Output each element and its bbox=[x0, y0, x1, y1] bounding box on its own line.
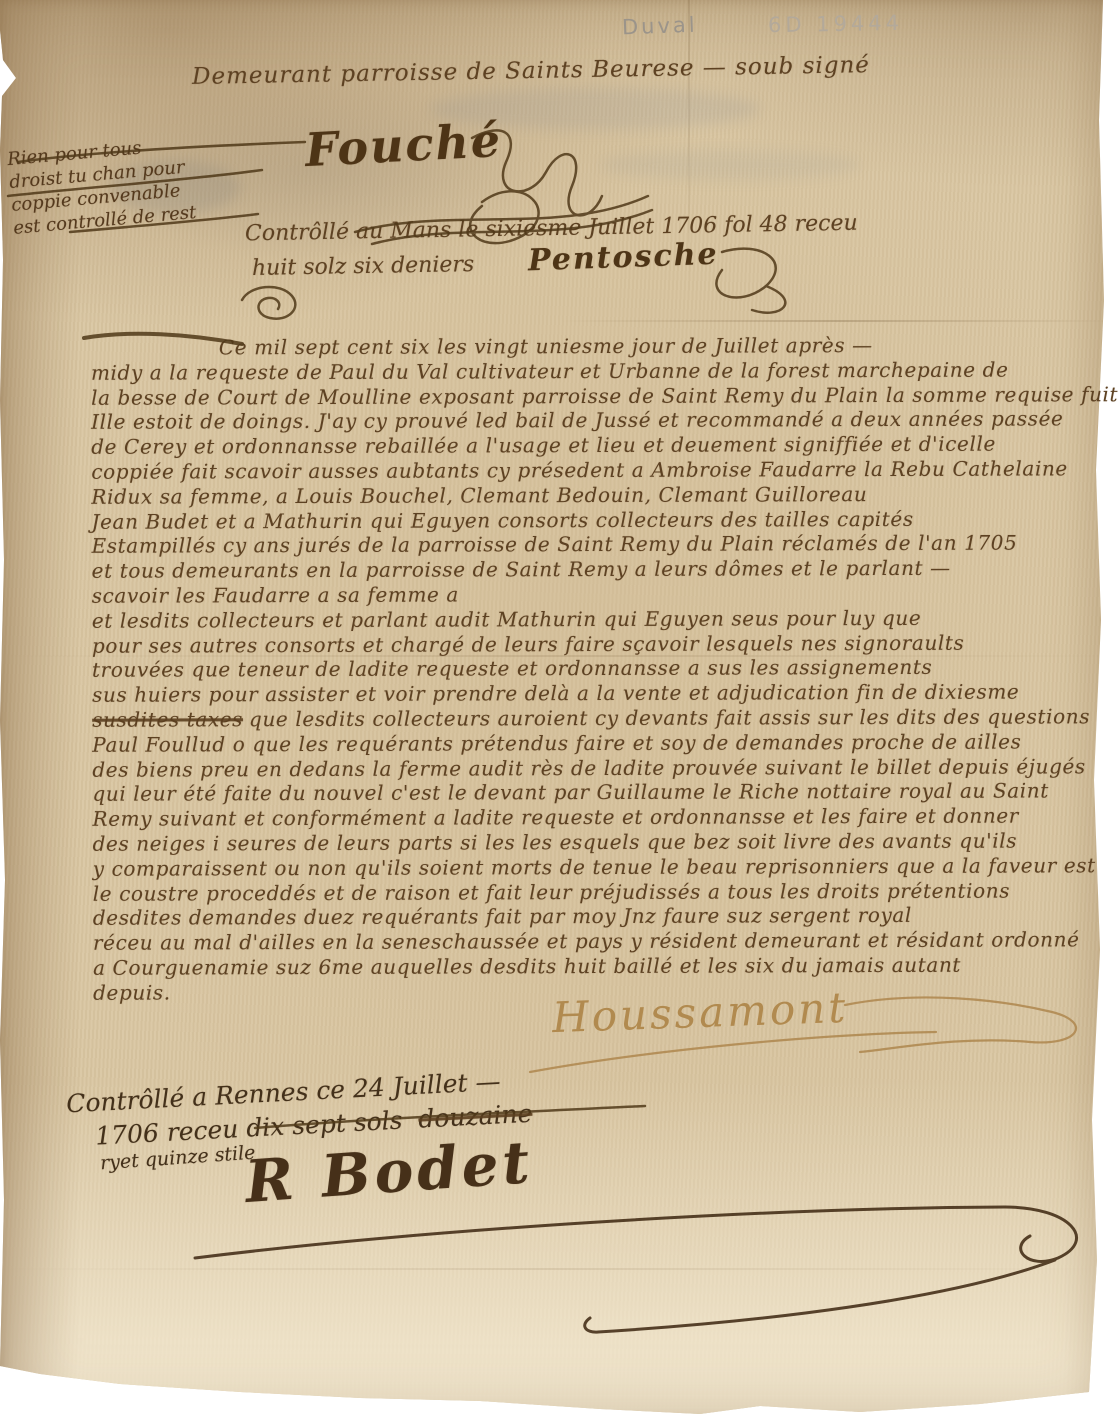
manuscript-line: midy a la requeste de Paul du Val cultiv… bbox=[91, 357, 1101, 385]
manuscript-line: sus huiers pour assister et voir prendre… bbox=[92, 679, 1102, 707]
manuscript-line: trouvées que teneur de ladite requeste e… bbox=[92, 655, 1102, 683]
manuscript-line: Ille estoit de doings. J'ay cy prouvé le… bbox=[91, 407, 1101, 435]
manuscript-line: Paul Foullud o que les requérants préten… bbox=[92, 729, 1102, 757]
manuscript-line: qui leur été faite du nouvel c'est le de… bbox=[92, 779, 1102, 807]
manuscript-line: Remy suivant et conformément a ladite re… bbox=[92, 803, 1102, 831]
houssamont-signature: Houssamont bbox=[551, 983, 849, 1042]
manuscript-line: susdites taxesque lesdits collecteurs au… bbox=[92, 704, 1102, 732]
body-text: Ce mil sept cent six les vingt uniesme j… bbox=[91, 332, 1103, 1005]
manuscript-line: coppiée fait scavoir ausses aubtants cy … bbox=[91, 456, 1101, 484]
manuscript-line: Ridux sa femme, a Louis Bouchel, Clemant… bbox=[91, 481, 1101, 509]
fouche-signature: Fouché bbox=[304, 113, 504, 177]
manuscript-line: pour ses autres consorts et chargé de le… bbox=[92, 630, 1102, 658]
manuscript-line: la besse de Court de Moulline exposant p… bbox=[91, 382, 1101, 410]
pencil-annotation-name: Duval bbox=[622, 13, 698, 40]
manuscript-line: réceu au mal d'ailles en la seneschaussé… bbox=[93, 927, 1103, 955]
pentosche-signature: Pentosche bbox=[527, 237, 719, 279]
paper-crease bbox=[560, 320, 1120, 322]
ink-bleed-ghost bbox=[600, 150, 860, 180]
manuscript-line: des biens preu en dedans la ferme audit … bbox=[92, 754, 1102, 782]
manuscript-line: Ce mil sept cent six les vingt uniesme j… bbox=[219, 332, 1101, 360]
manuscript-line: et tous demeurants en la parroisse de Sa… bbox=[92, 555, 1102, 583]
manuscript-line: y comparaissent ou non qu'ils soient mor… bbox=[93, 853, 1103, 881]
margin-note: Rien pour tous droist tu chan pour coppi… bbox=[6, 132, 197, 240]
pencil-annotation-number: 6D 19444 bbox=[768, 11, 903, 37]
manuscript-line: des neiges i seures de leurs parts si le… bbox=[93, 828, 1103, 856]
manuscript-line: Estampillés cy ans jurés de la parroisse… bbox=[92, 531, 1102, 559]
paper-crease bbox=[0, 1268, 1100, 1270]
manuscript-line: et lesdits collecteurs et parlant audit … bbox=[92, 605, 1102, 633]
manuscript-line: a Courguenamie suz 6me auquelles desdits… bbox=[93, 952, 1103, 980]
manuscript-line: desdites demandes duez requérants fait p… bbox=[93, 903, 1103, 931]
manuscript-line: le coustre proceddés et de raison et fai… bbox=[93, 878, 1103, 906]
manuscript-line: de Cerey et ordonnansse rebaillée a l'us… bbox=[91, 431, 1101, 459]
control-line-2: huit solz six deniers bbox=[252, 252, 475, 281]
manuscript-scan: Duval 6D 19444 Demeurant parroisse de Sa… bbox=[0, 0, 1120, 1422]
manuscript-line: Jean Budet et a Mathurin qui Eguyen cons… bbox=[91, 506, 1101, 534]
manuscript-line: scavoir les Faudarre a sa femme a bbox=[92, 580, 1102, 608]
